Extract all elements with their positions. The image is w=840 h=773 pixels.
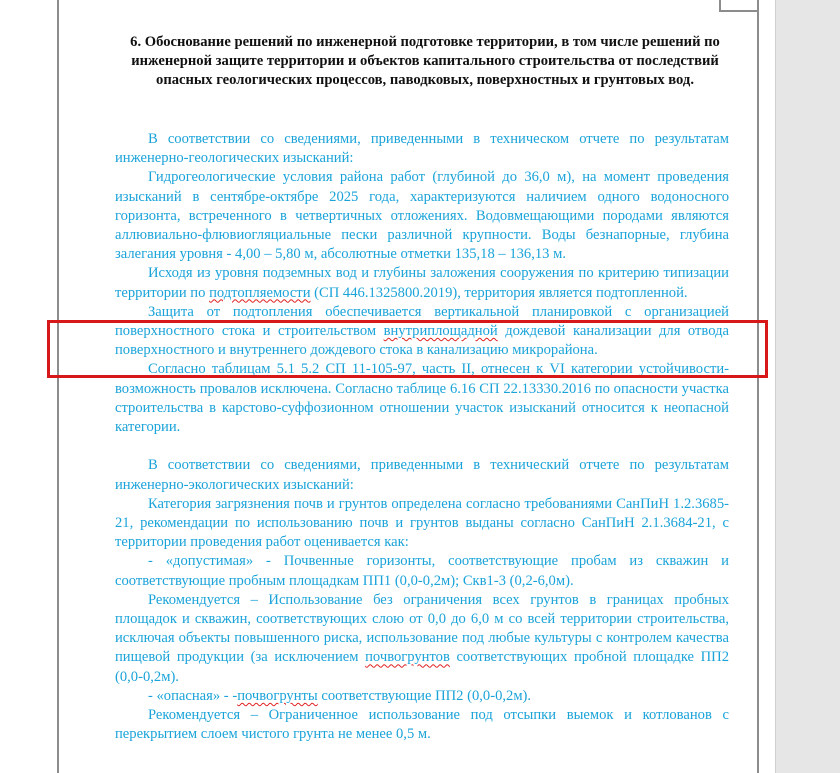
spellcheck-flagged-word[interactable]: почвогрунтов xyxy=(365,649,450,665)
section-heading: 6. Обоснование решений по инженерной под… xyxy=(115,33,735,90)
document-body[interactable]: В соответствии со сведениями, приведенны… xyxy=(115,130,729,744)
page-margin-line-left xyxy=(57,0,59,773)
spellcheck-flagged-word[interactable]: внутриплощадной xyxy=(384,323,498,339)
paragraph-recommendation-limited: Рекомендуется – Ограниченное использован… xyxy=(115,706,729,744)
paragraph-karst-category: Согласно таблицам 5.1 5.2 СП 11-105-97, … xyxy=(115,360,729,437)
paragraph-permissible: - «допустимая» - Почвенные горизонты, со… xyxy=(115,552,729,590)
paragraph-soil-contamination: Категория загрязнения почв и грунтов опр… xyxy=(115,495,729,553)
paragraph-hydrogeology: Гидрогеологические условия района работ … xyxy=(115,168,729,264)
paragraph-hazardous: - «опасная» - -почвогрунты соответствующ… xyxy=(115,687,729,706)
page-margin-line-right xyxy=(757,0,759,773)
workspace-background xyxy=(775,0,840,773)
paragraph-flood-protection: Защита от подтопления обеспечивается вер… xyxy=(115,303,729,361)
paragraph-geology-intro: В соответствии со сведениями, приведенны… xyxy=(115,130,729,168)
paragraph-ecology-intro: В соответствии со сведениями, приведенны… xyxy=(115,456,729,494)
paragraph-recommendation-unrestricted: Рекомендуется – Использование без ограни… xyxy=(115,591,729,687)
spellcheck-flagged-word[interactable]: почвогрунты xyxy=(237,688,318,704)
blank-line xyxy=(115,437,729,456)
paragraph-flooding-criteria: Исходя из уровня подземных вод и глубины… xyxy=(115,264,729,302)
document-page: 6. Обоснование решений по инженерной под… xyxy=(0,0,775,773)
page-corner-mark xyxy=(719,0,757,12)
spellcheck-flagged-word[interactable]: подтопляемости xyxy=(209,285,310,301)
